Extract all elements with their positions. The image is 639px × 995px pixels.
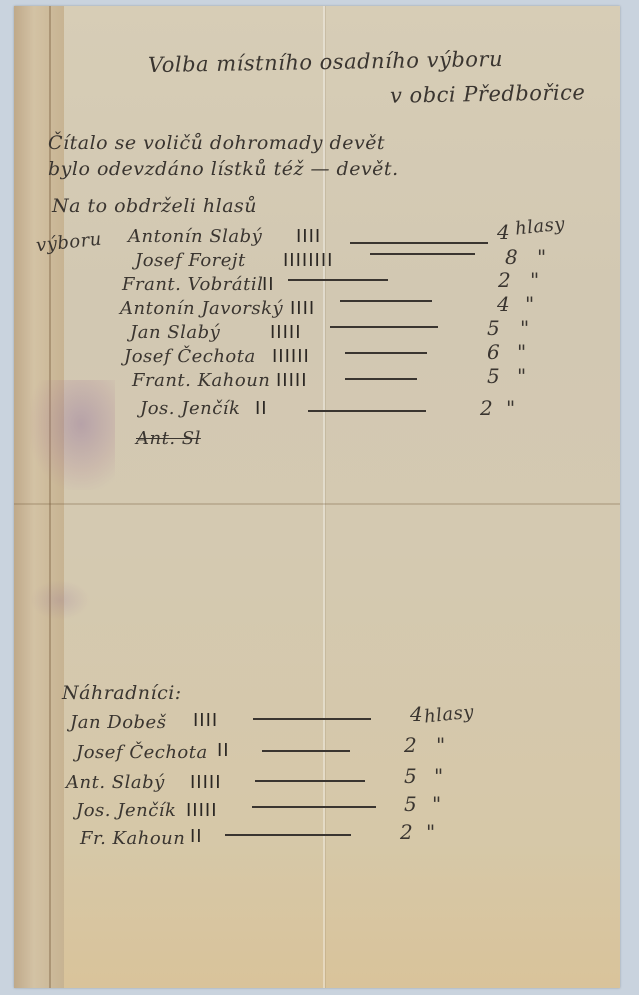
ditto-mark: " [506, 396, 516, 420]
leader-dash [350, 242, 488, 244]
ink-stain [30, 380, 115, 490]
leader-dash [225, 834, 351, 836]
ditto-mark: " [426, 820, 436, 844]
leader-dash [255, 780, 365, 782]
ditto-mark: " [434, 764, 444, 788]
struck-entry: Ant. Sl [136, 428, 201, 449]
tally-marks: IIIII [276, 370, 308, 391]
leader-dash [340, 300, 432, 302]
ditto-mark: " [517, 340, 527, 364]
tally-marks: IIIII [190, 772, 222, 793]
candidate-name: Josef Čechota [124, 346, 256, 367]
substitute-name: Ant. Slabý [66, 772, 165, 793]
substitute-name: Jan Dobeš [70, 712, 166, 733]
substitute-name: Fr. Kahoun [80, 828, 185, 849]
vote-count: 6 [487, 340, 500, 364]
tally-marks: IIII [290, 298, 315, 319]
intro-line-ballots: bylo odevzdáno lístků též — devět. [48, 158, 399, 180]
tally-marks: IIIII [270, 322, 302, 343]
leader-dash [308, 410, 426, 412]
ditto-mark: " [436, 733, 446, 757]
vote-count: 2 [498, 268, 511, 292]
candidate-name: Josef Forejt [135, 250, 246, 271]
candidate-name: Antonín Javorský [120, 298, 283, 319]
vote-count: 5 [487, 364, 500, 388]
leader-dash [345, 352, 427, 354]
leader-dash [370, 253, 475, 255]
leader-dash [288, 279, 388, 281]
substitute-name: Jos. Jenčík [76, 800, 176, 821]
tally-marks: II [262, 274, 275, 295]
vote-count: 5 [487, 316, 500, 340]
candidate-name: Frant. Kahoun [132, 370, 270, 391]
vote-count: 4 [410, 702, 423, 726]
tally-marks: IIIIII [272, 346, 310, 367]
leader-dash [252, 806, 376, 808]
intro-line-voters: Čítalo se voličů dohromady devět [48, 132, 385, 154]
candidate-name: Jos. Jenčík [140, 398, 240, 419]
tally-marks: IIIIIIII [283, 250, 333, 271]
leader-dash [345, 378, 417, 380]
tally-marks: IIII [193, 710, 218, 731]
tally-marks: II [217, 740, 230, 761]
horizontal-fold-line [14, 503, 620, 505]
leader-dash [330, 326, 438, 328]
candidate-name: Frant. Vobrátil [122, 274, 263, 295]
committee-votes-heading: Na to obdrželi hlasů [52, 195, 257, 217]
substitutes-heading: Náhradníci: [62, 682, 182, 704]
vote-count: 5 [404, 792, 417, 816]
ditto-mark: " [530, 268, 540, 292]
ink-stain-small [30, 580, 90, 620]
document-title-line2: v obci Předbořice [390, 80, 586, 107]
ditto-mark: " [517, 364, 527, 388]
tally-marks: IIII [296, 226, 321, 247]
vote-count: 2 [480, 396, 493, 420]
leader-dash [253, 718, 371, 720]
candidate-name: Jan Slabý [130, 322, 220, 343]
ditto-mark: " [520, 316, 530, 340]
substitute-name: Josef Čechota [76, 742, 208, 763]
candidate-name: Antonín Slabý [128, 226, 262, 247]
vote-count: 8 [505, 245, 518, 269]
vote-count: 4 [497, 220, 510, 244]
tally-marks: II [255, 398, 268, 419]
vote-count: 2 [404, 733, 417, 757]
tally-marks: II [190, 826, 203, 847]
vote-count: 4 [497, 292, 510, 316]
ditto-mark: " [537, 245, 547, 269]
vote-count: 5 [404, 764, 417, 788]
ditto-mark: " [432, 792, 442, 816]
vote-count: 2 [400, 820, 413, 844]
leader-dash [262, 750, 350, 752]
ditto-mark: " [525, 292, 535, 316]
tally-marks: IIIII [186, 800, 218, 821]
